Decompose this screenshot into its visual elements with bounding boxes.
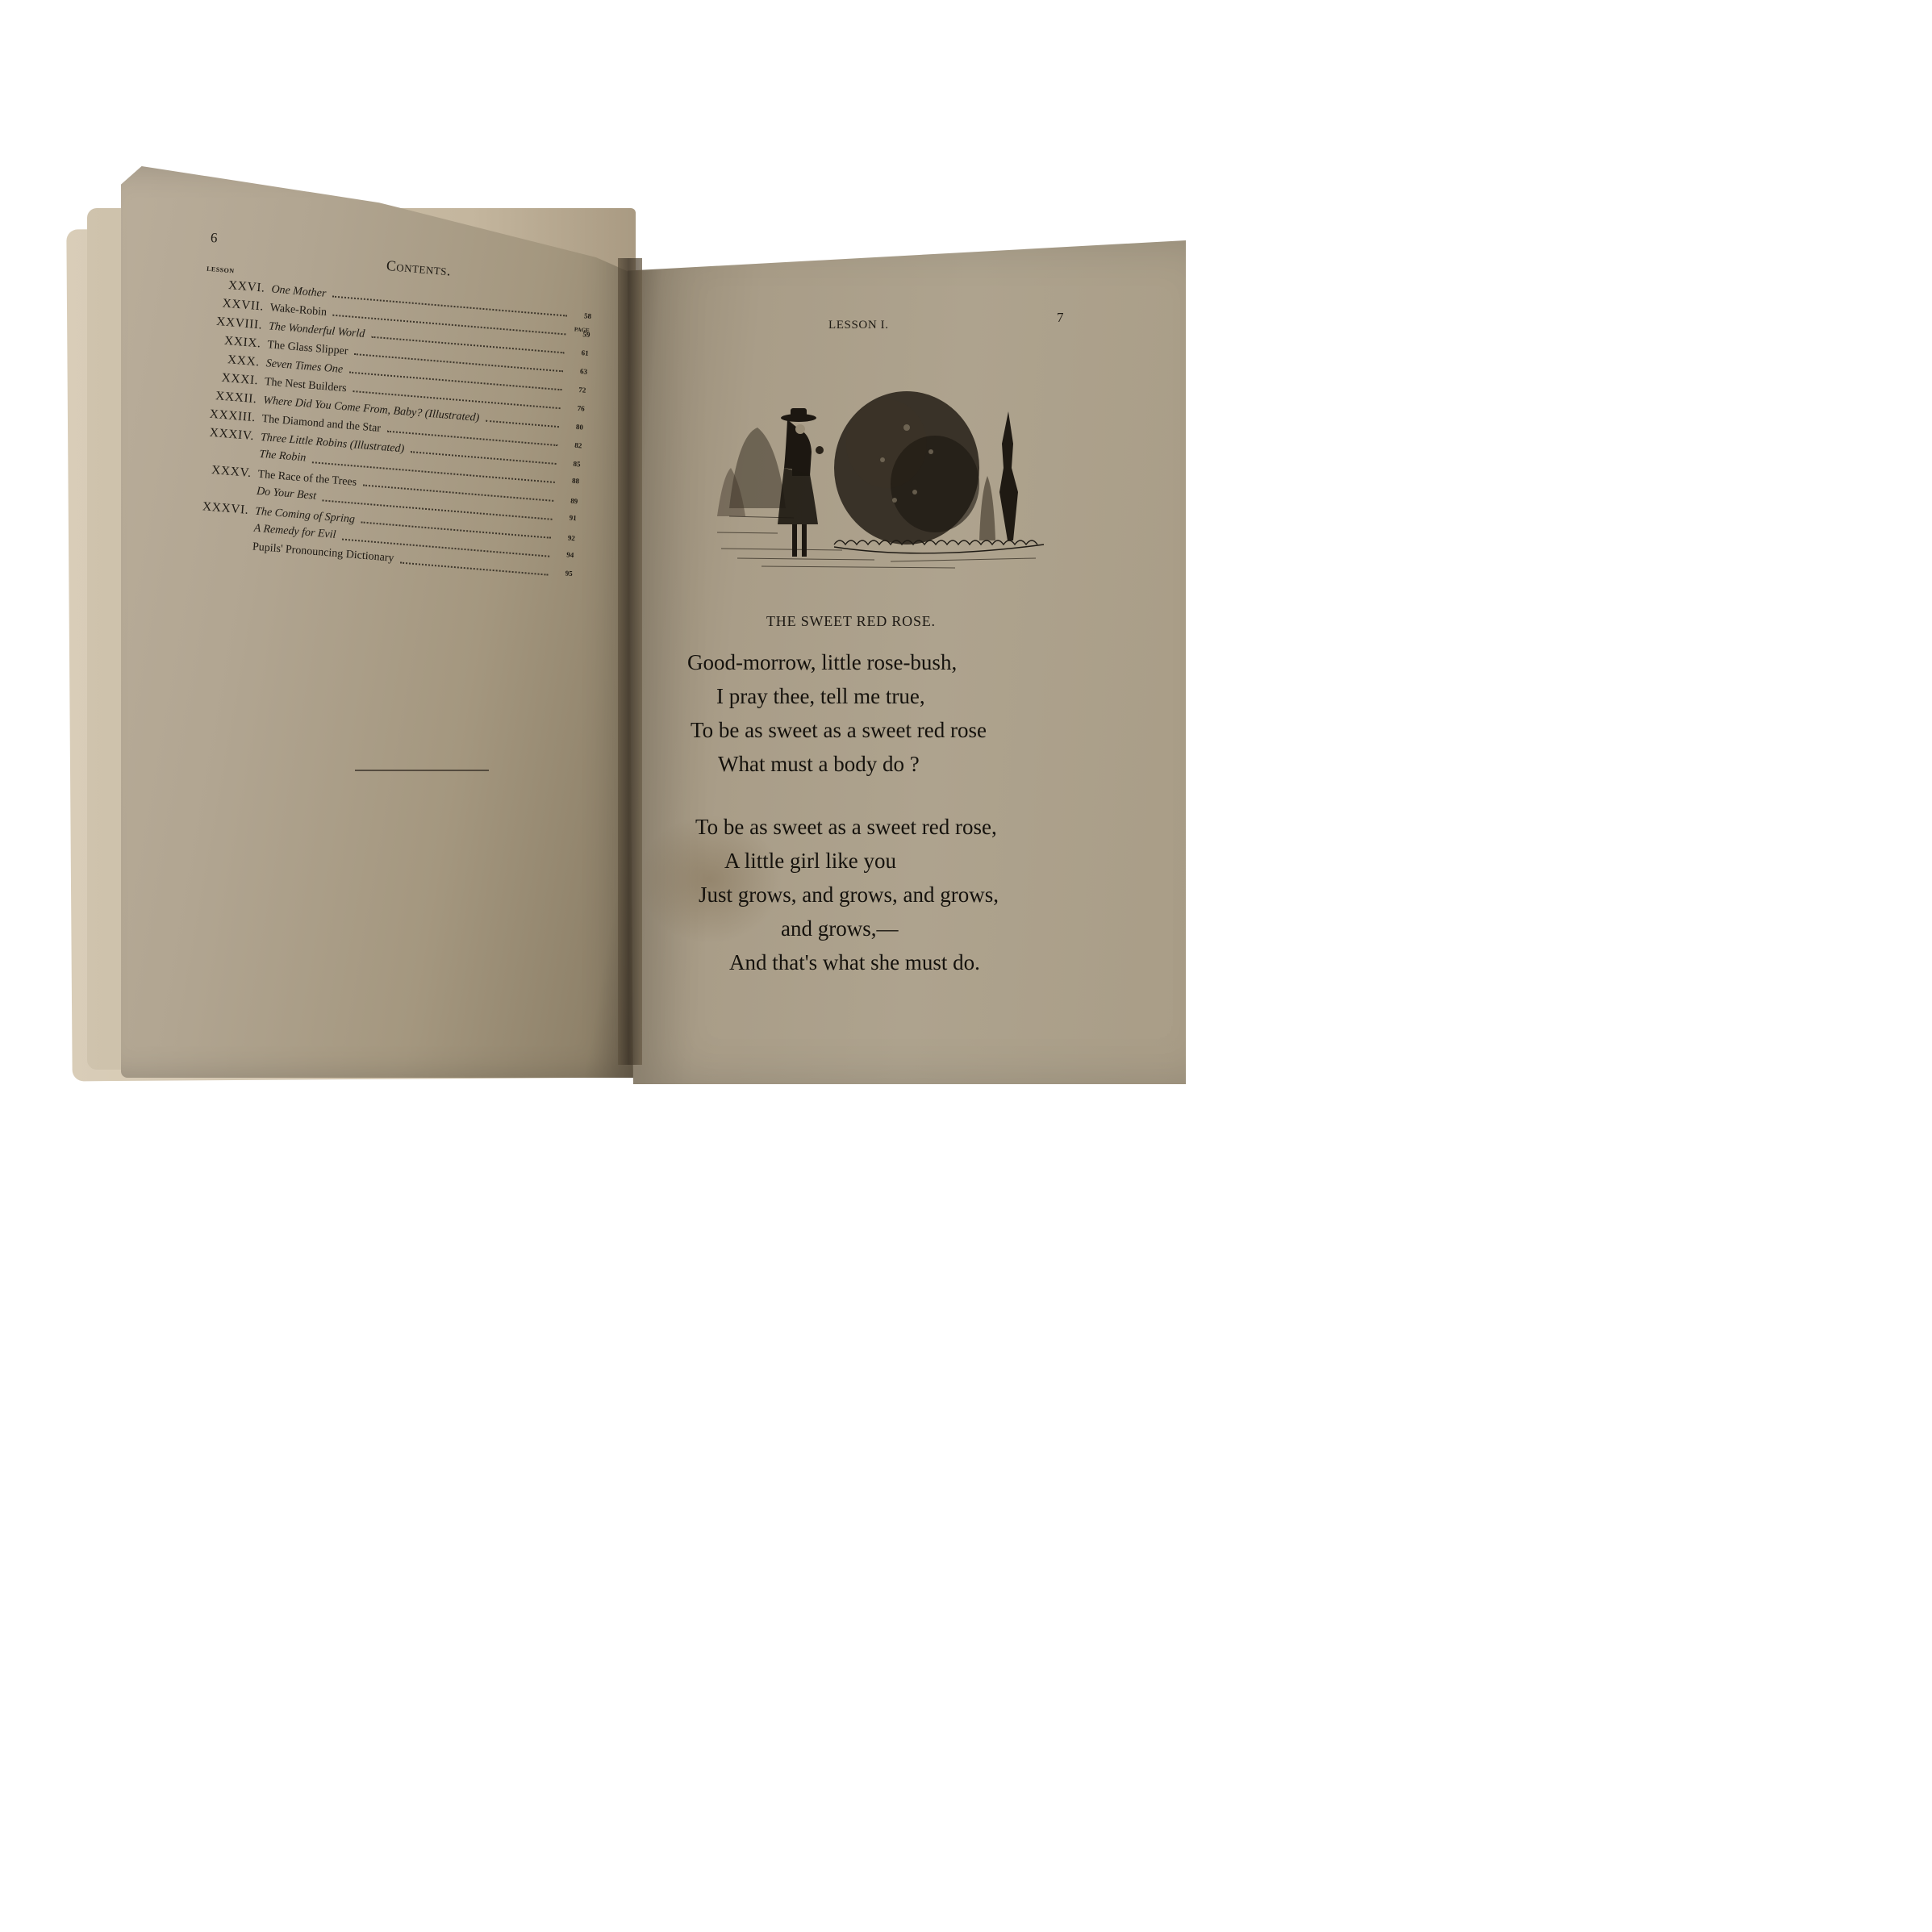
dot-leader bbox=[400, 561, 549, 576]
lesson-page-number: 76 bbox=[566, 403, 585, 413]
lesson-page-number: 59 bbox=[572, 329, 590, 339]
poem-line: Good-morrow, little rose-bush, bbox=[687, 645, 999, 679]
lesson-numeral bbox=[178, 544, 252, 550]
contents-heading: Contents. bbox=[386, 257, 452, 280]
poem-line: To be as sweet as a sweet red rose, bbox=[687, 810, 999, 844]
poem-line: I pray thee, tell me true, bbox=[687, 679, 999, 713]
poem-line: And that's what she must do. bbox=[687, 945, 999, 979]
table-of-contents: XXVI.One Mother58XXVII.Wake-Robin59XXVII… bbox=[177, 276, 592, 586]
lesson-page-number: 88 bbox=[561, 476, 580, 486]
stanza-break bbox=[687, 781, 999, 810]
lesson-column-label: LESSON bbox=[207, 265, 235, 275]
page-number-left: 6 bbox=[210, 230, 218, 247]
poem-line: Just grows, and grows, and grows, bbox=[687, 878, 999, 912]
page-number-right: 7 bbox=[1057, 310, 1064, 326]
lesson-numeral: XXVI. bbox=[197, 276, 272, 296]
lesson-numeral bbox=[180, 525, 254, 532]
lesson-page-number: 61 bbox=[570, 348, 589, 357]
lesson-page-number: 63 bbox=[570, 366, 588, 376]
section-rule bbox=[355, 770, 489, 771]
lesson-page-number: 95 bbox=[554, 568, 573, 578]
poem-line: What must a body do ? bbox=[687, 747, 999, 781]
lesson-title: The Robin bbox=[259, 449, 307, 465]
lesson-page-number: 72 bbox=[568, 385, 586, 394]
lesson-title: One Mother bbox=[271, 283, 327, 301]
dot-leader bbox=[486, 419, 559, 428]
lesson-title: Wake-Robin bbox=[269, 302, 327, 319]
lesson-page-number: 80 bbox=[565, 422, 584, 432]
poem-line: A little girl like you bbox=[687, 844, 999, 878]
book-gutter bbox=[618, 258, 642, 1065]
lesson-numeral bbox=[185, 451, 259, 457]
open-book: 6 Contents. LESSON PAGE XXVI.One Mother5… bbox=[0, 0, 1265, 1265]
poem-line: To be as sweet as a sweet red rose bbox=[687, 713, 999, 747]
poem-title: THE SWEET RED ROSE. bbox=[766, 613, 936, 630]
lesson-page-number: 91 bbox=[558, 512, 577, 522]
girl-rose-bush-illustration bbox=[713, 379, 1052, 573]
lesson-page-number: 89 bbox=[560, 496, 578, 506]
lesson-page-number: 92 bbox=[557, 532, 576, 542]
contents-page: 6 Contents. LESSON PAGE XXVI.One Mother5… bbox=[173, 226, 603, 645]
lesson-numeral bbox=[182, 488, 257, 494]
lesson-header: LESSON I. bbox=[828, 319, 889, 332]
lesson-page-number: 82 bbox=[564, 440, 582, 450]
lesson-page-number: 94 bbox=[556, 549, 574, 559]
poem-body: Good-morrow, little rose-bush,I pray the… bbox=[687, 645, 999, 979]
lesson-page-number: 85 bbox=[562, 459, 581, 469]
poem-line: and grows,— bbox=[687, 912, 999, 945]
lesson-page-number: 58 bbox=[574, 311, 592, 320]
